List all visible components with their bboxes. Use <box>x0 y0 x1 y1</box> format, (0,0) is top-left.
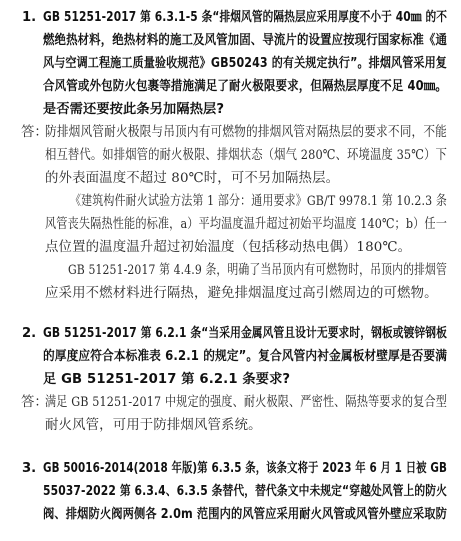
answer-line: GB 51251-2017 第 4.4.9 条，明确了当吊顶内有可燃物时，吊顶内… <box>68 263 447 279</box>
question-line: 的厚度应符合本标准表 6.2.1 的规定”。复合风管内衬金属板材壁厚是否要满 <box>43 349 447 365</box>
answer-line: 《建筑构件耐火试验方法第 1 部分：通用要求》GB/T 9978.1 第 10.… <box>70 194 447 210</box>
item-number: 1. <box>22 10 36 26</box>
question-line: 阀、排烟防火阀两侧各 2.0m 范围内的风管应采用耐火风管或风管外壁应采取防 <box>43 507 447 523</box>
answer-label: 答： <box>21 125 48 141</box>
question-line: GB 50016-2014(2018 年版)第 6.3.5 条，该条文将于 20… <box>43 461 447 477</box>
question-line: 风与空调工程施工质量验收规范》GB50243 的有关规定执行”。排烟风管采用复 <box>43 56 447 72</box>
answer-line: 的外表面温度不超过 80℃时，可不另加隔热层。 <box>45 171 339 187</box>
question-line: 燃绝热材料，绝热材料的施工及风管加固、导流片的设置应按现行国家标准《通 <box>43 33 447 49</box>
answer-line: 相互替代。如排烟管的耐火极限、排烟状态（烟气 280℃、环境温度 35℃）下 <box>45 148 447 164</box>
answer-label: 答： <box>21 395 48 411</box>
question-line: 55037-2022 第 6.3.4、6.3.5 条替代，替代条文中未规定“穿越… <box>43 484 447 500</box>
question-line: 足 GB 51251-2017 第 6.2.1 条要求? <box>43 372 290 388</box>
question-line: 合风管或外包防火包裹等措施满足了耐火极限要求，但隔热层厚度不足 40㎜。 <box>43 79 447 95</box>
answer-line: 应采用不燃材料进行隔热，避免排烟温度过高引燃周边的可燃物。 <box>45 286 438 302</box>
document-page: 1. GB 51251-2017 第 6.3.1-5 条“排烟风管的隔热层应采用… <box>0 0 461 541</box>
item-number: 2. <box>22 326 36 342</box>
answer-line: 点位置的温度温升超过初始温度（包括移动热电偶）180℃。 <box>45 240 411 256</box>
question-line: 是否需还要按此条另加隔热层? <box>43 102 224 118</box>
item-number: 3. <box>22 461 36 477</box>
question-line: GB 51251-2017 第 6.3.1-5 条“排烟风管的隔热层应采用厚度不… <box>43 10 447 26</box>
question-line: GB 51251-2017 第 6.2.1 条“当采用金属风管且设计无要求时，钢… <box>43 326 447 342</box>
answer-line: 防排烟风管耐火极限与吊顶内有可燃物的排烟风管对隔热层的要求不同，不能 <box>45 125 447 141</box>
answer-line: 耐火风管，可用于防排烟风管系统。 <box>45 418 262 434</box>
answer-line: 风管丧失隔热性能的标准，a）平均温度温升超过初始平均温度 140℃；b）任一 <box>45 217 447 233</box>
answer-line: 满足 GB 51251-2017 中规定的强度、耐火极限、严密性、隔热等要求的复… <box>45 395 447 411</box>
